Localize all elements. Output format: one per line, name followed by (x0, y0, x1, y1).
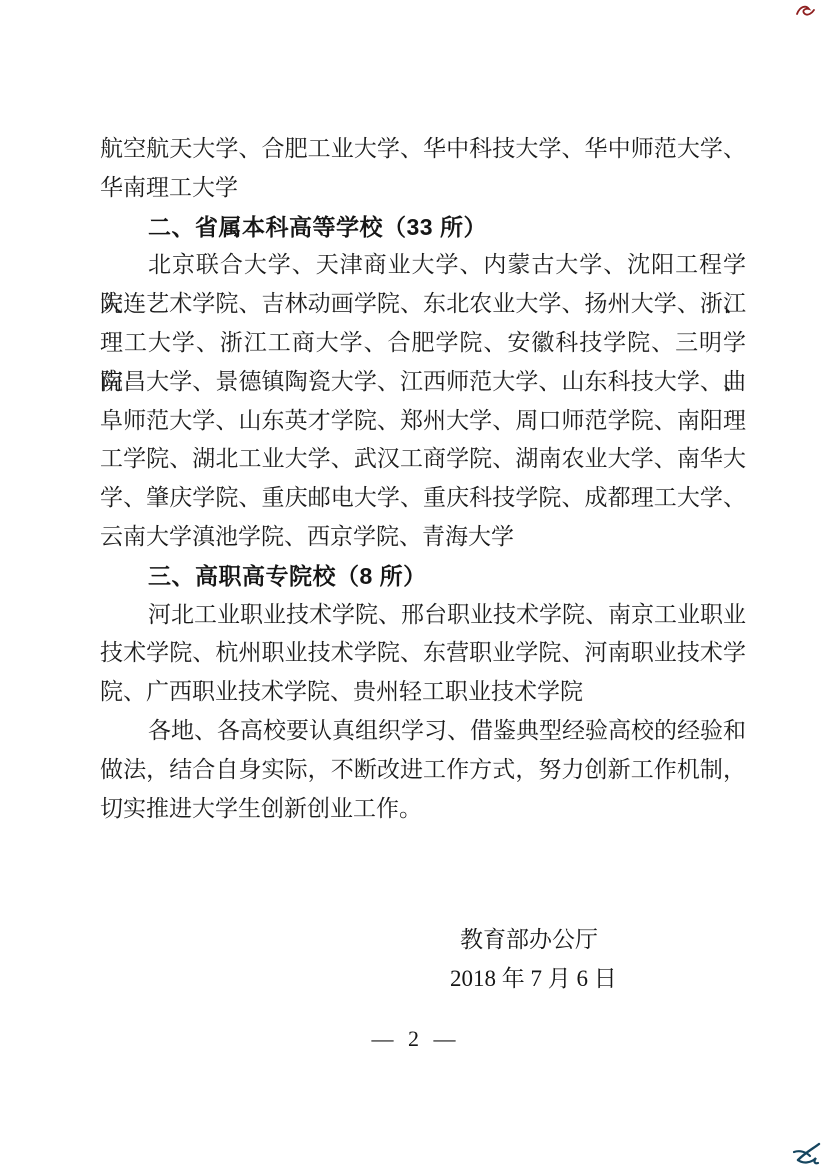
body-line: 工学院、湖北工业大学、武汉工商学院、湖南农业大学、南华大 (100, 440, 746, 479)
body-line: 做法，结合自身实际，不断改进工作方式，努力创新工作机制， (100, 751, 746, 790)
body-line: 院、广西职业技术学院、贵州轻工职业技术学院 (100, 673, 746, 712)
red-ink-scribble-mark (794, 2, 818, 22)
document-page: 航空航天大学、合肥工业大学、华中科技大学、华中师范大学、 华南理工大学 二、省属… (0, 0, 827, 1169)
signature-date: 2018 年 7 月 6 日 (450, 963, 617, 995)
body-line: 阜师范大学、山东英才学院、郑州大学、周口师范学院、南阳理 (100, 402, 746, 441)
document-body: 航空航天大学、合肥工业大学、华中科技大学、华中师范大学、 华南理工大学 二、省属… (100, 130, 746, 828)
signature-office: 教育部办公厅 (460, 924, 598, 954)
body-line: 大连艺术学院、吉林动画学院、东北农业大学、扬州大学、浙江 (100, 285, 746, 324)
body-line: 切实推进大学生创新创业工作。 (100, 790, 746, 829)
body-line: 技术学院、杭州职业技术学院、东营职业学院、河南职业技术学 (100, 634, 746, 673)
body-line: 各地、各高校要认真组织学习、借鉴典型经验高校的经验和 (100, 712, 746, 751)
body-line: 南昌大学、景德镇陶瓷大学、江西师范大学、山东科技大学、曲 (100, 363, 746, 402)
body-line: 学、肇庆学院、重庆邮电大学、重庆科技学院、成都理工大学、 (100, 479, 746, 518)
page-number: — 2 — (0, 1026, 827, 1052)
blue-ink-scribble-mark (789, 1141, 823, 1167)
body-line: 理工大学、浙江工商大学、合肥学院、安徽科技学院、三明学院、 (100, 324, 746, 363)
section-heading-provincial: 二、省属本科高等学校（33 所） (100, 208, 746, 247)
body-line: 华南理工大学 (100, 169, 746, 208)
section-heading-vocational: 三、高职高专院校（8 所） (100, 557, 746, 596)
body-line: 北京联合大学、天津商业大学、内蒙古大学、沈阳工程学院、 (100, 246, 746, 285)
body-line: 云南大学滇池学院、西京学院、青海大学 (100, 518, 746, 557)
body-line: 航空航天大学、合肥工业大学、华中科技大学、华中师范大学、 (100, 130, 746, 169)
body-line: 河北工业职业技术学院、邢台职业技术学院、南京工业职业 (100, 596, 746, 635)
